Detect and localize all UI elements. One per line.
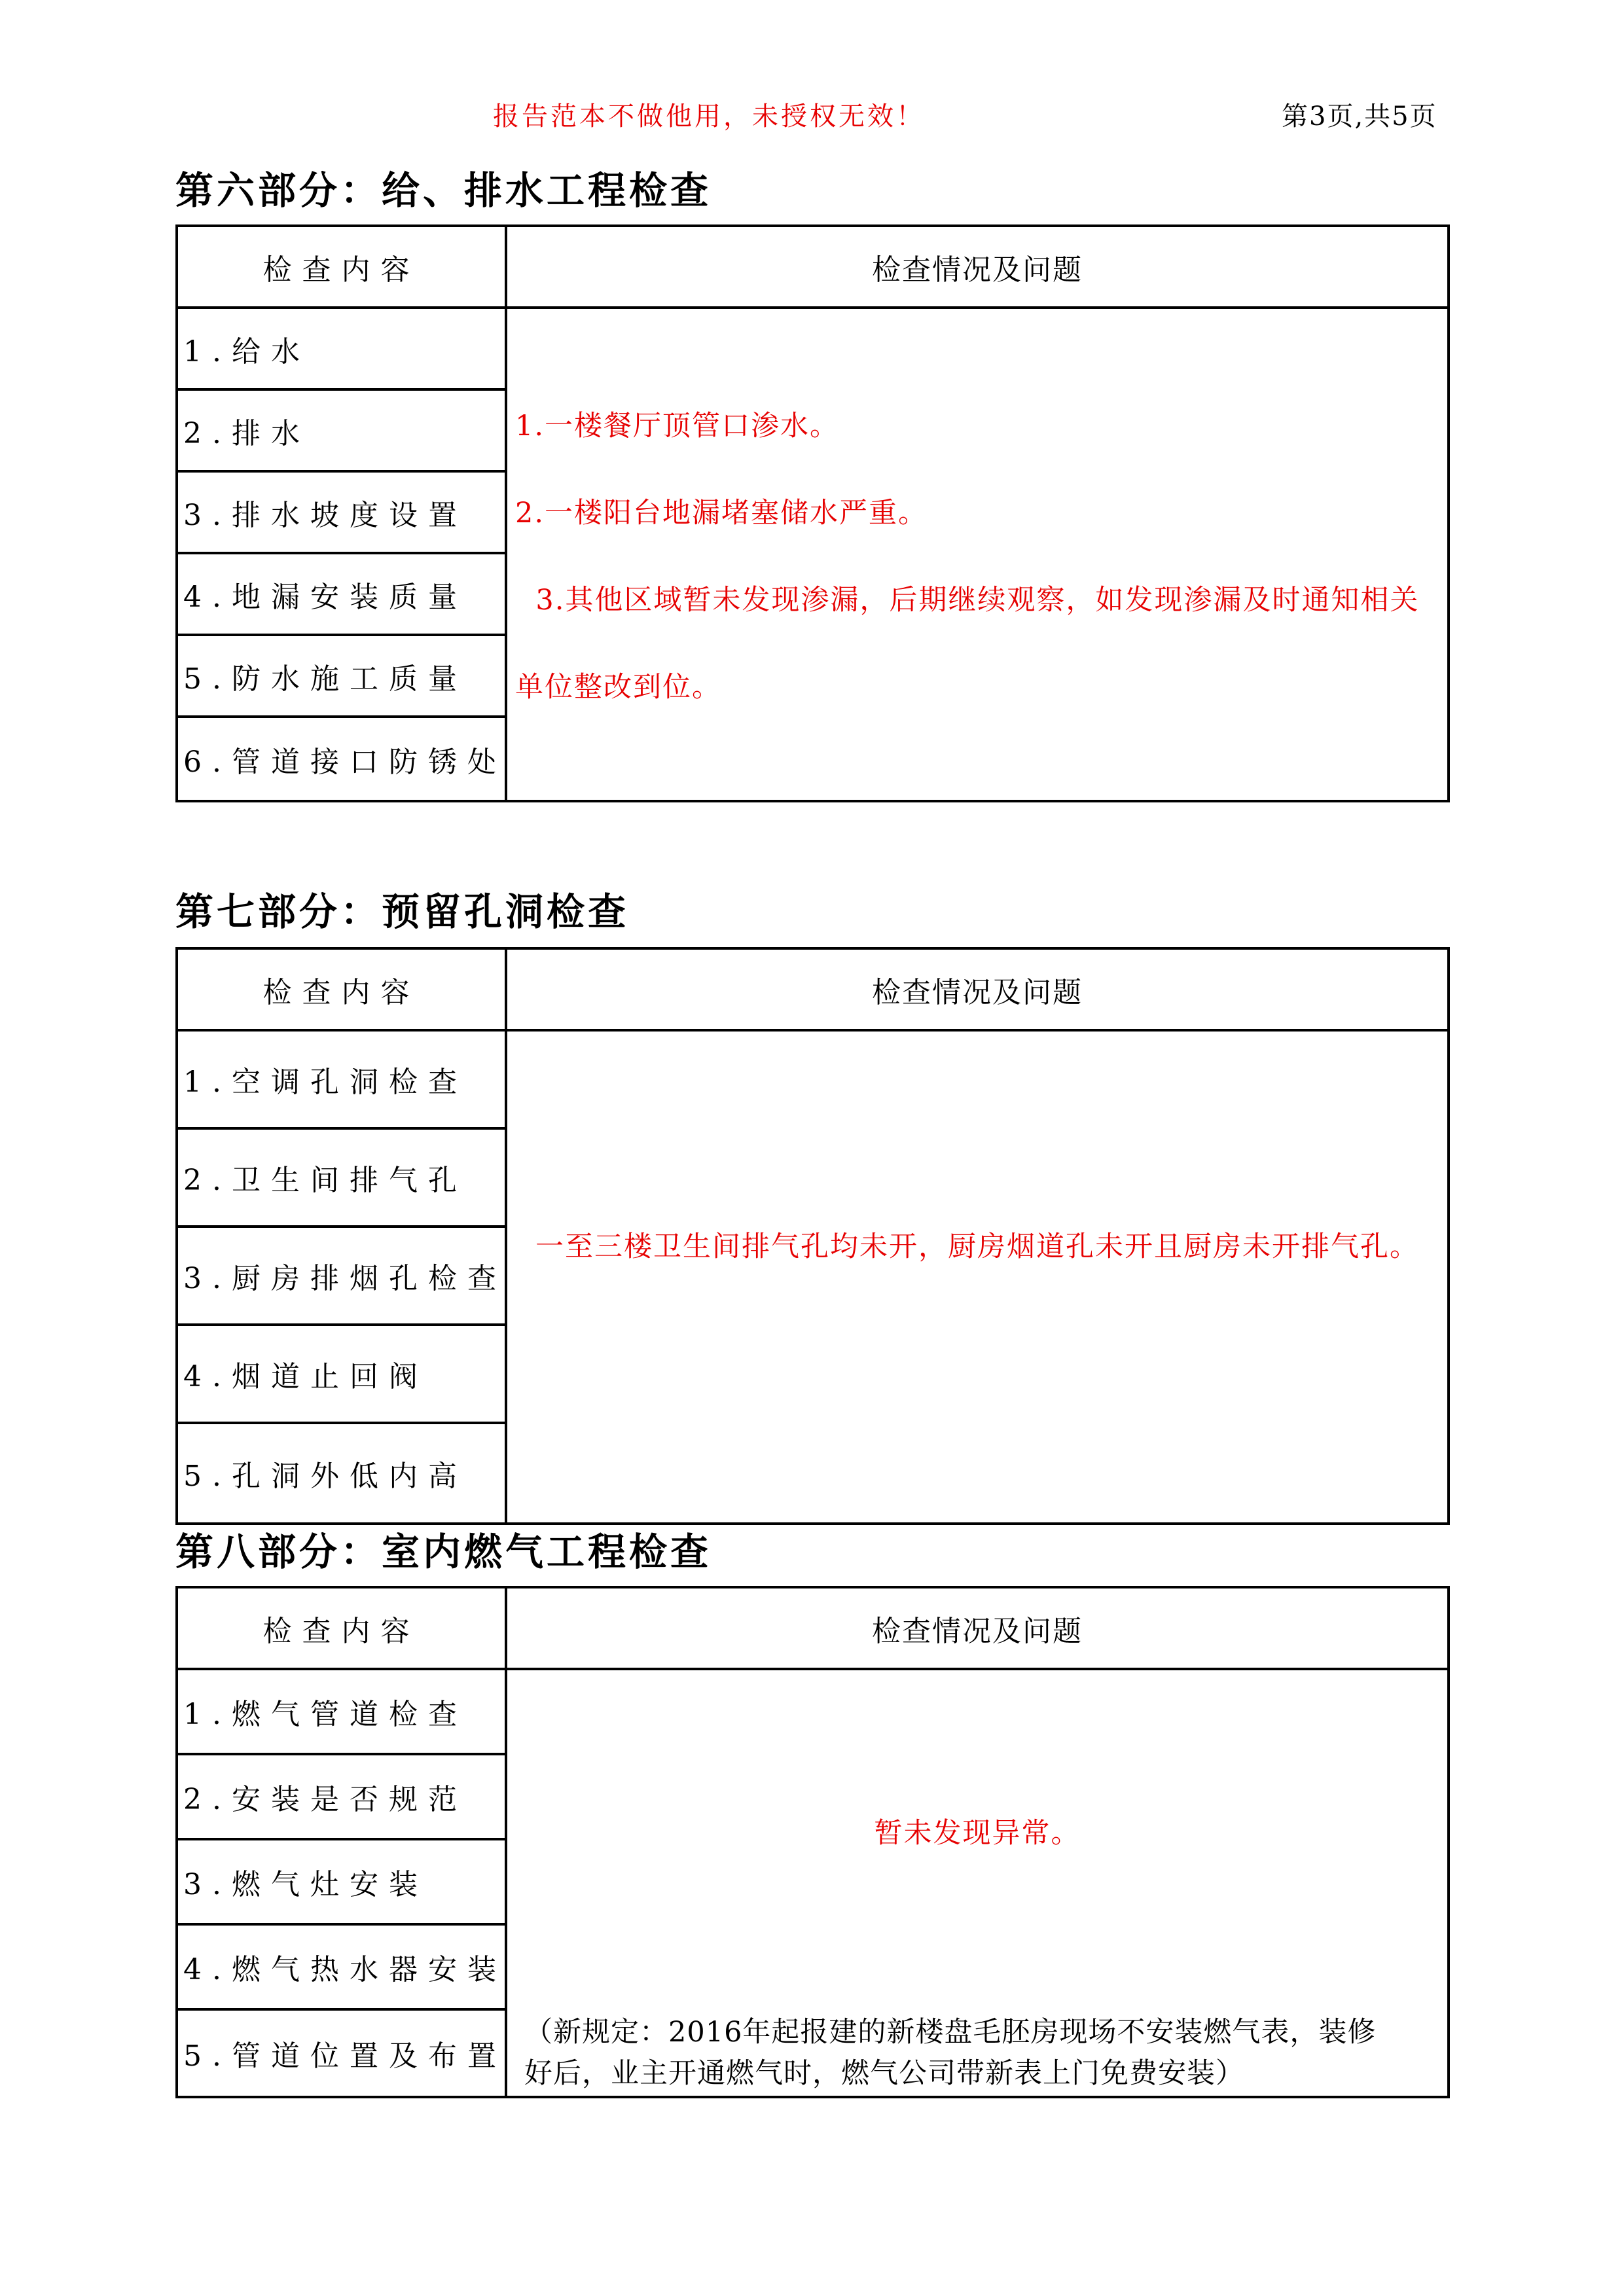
- finding-line: 单位整改到位。: [515, 641, 1447, 728]
- table-header-row: 检查内容 检查情况及问题: [178, 1588, 1447, 1670]
- inspection-item: 1.空调孔洞检查: [178, 1031, 505, 1130]
- inspection-item: 2.排水: [178, 391, 505, 473]
- findings-cell: 1.一楼餐厅顶管口渗水。 2.一楼阳台地漏堵塞储水严重。 3.其他区域暂未发现渗…: [507, 309, 1447, 800]
- column-header-inspection-content: 检查内容: [178, 1588, 507, 1668]
- gas-meter-regulation-note: （新规定：2016年起报建的新楼盘毛胚房现场不安装燃气表，装修好后，业主开通燃气…: [507, 2012, 1385, 2096]
- section-6-table: 检查内容 检查情况及问题 1.给水 2.排水 3.排水坡度设置 4.地漏安装质量…: [175, 224, 1450, 802]
- inspection-item: 3.厨房排烟孔检查: [178, 1228, 505, 1326]
- report-page: 报告范本不做他用，未授权无效！ 第3页,共5页 第六部分：给、排水工程检查 检查…: [0, 0, 1624, 2296]
- inspection-item: 5.管道位置及布置: [178, 2011, 505, 2096]
- finding-line: 2.一楼阳台地漏堵塞储水严重。: [515, 467, 1447, 554]
- inspection-item: 3.排水坡度设置: [178, 473, 505, 554]
- inspection-item: 4.烟道止回阀: [178, 1326, 505, 1424]
- inspection-item: 4.地漏安装质量: [178, 554, 505, 636]
- inspection-item: 1.燃气管道检查: [178, 1670, 505, 1755]
- finding-line: 暂未发现异常。: [507, 1811, 1447, 1851]
- inspection-item-column: 1.燃气管道检查 2.安装是否规范 3.燃气灶安装 4.燃气热水器安装 5.管道…: [178, 1670, 507, 2096]
- findings-cell: 一至三楼卫生间排气孔均未开，厨房烟道孔未开且厨房未开排气孔。: [507, 1031, 1447, 1522]
- column-header-findings: 检查情况及问题: [507, 1588, 1447, 1668]
- finding-line: 一至三楼卫生间排气孔均未开，厨房烟道孔未开且厨房未开排气孔。: [535, 1225, 1419, 1265]
- column-header-inspection-content: 检查内容: [178, 950, 507, 1029]
- finding-line: 3.其他区域暂未发现渗漏，后期继续观察，如发现渗漏及时通知相关: [515, 554, 1447, 641]
- findings-cell: 暂未发现异常。 （新规定：2016年起报建的新楼盘毛胚房现场不安装燃气表，装修好…: [507, 1670, 1447, 2096]
- inspection-item-column: 1.空调孔洞检查 2.卫生间排气孔 3.厨房排烟孔检查 4.烟道止回阀 5.孔洞…: [178, 1031, 507, 1522]
- inspection-item: 6.管道接口防锈处: [178, 718, 505, 800]
- column-header-findings: 检查情况及问题: [507, 950, 1447, 1029]
- inspection-item: 1.给水: [178, 309, 505, 391]
- report-notice: 报告范本不做他用，未授权无效！: [493, 96, 925, 133]
- section-8-title: 第八部分：室内燃气工程检查: [175, 1521, 712, 1576]
- section-6-title: 第六部分：给、排水工程检查: [175, 160, 712, 215]
- inspection-item-column: 1.给水 2.排水 3.排水坡度设置 4.地漏安装质量 5.防水施工质量 6.管…: [178, 309, 507, 800]
- finding-line: 1.一楼餐厅顶管口渗水。: [515, 380, 1447, 467]
- inspection-item: 3.燃气灶安装: [178, 1840, 505, 1926]
- page-number: 第3页,共5页: [1282, 96, 1437, 133]
- column-header-findings: 检查情况及问题: [507, 227, 1447, 306]
- table-header-row: 检查内容 检查情况及问题: [178, 950, 1447, 1031]
- inspection-item: 2.卫生间排气孔: [178, 1130, 505, 1228]
- section-7-table: 检查内容 检查情况及问题 1.空调孔洞检查 2.卫生间排气孔 3.厨房排烟孔检查…: [175, 947, 1450, 1525]
- inspection-item: 4.燃气热水器安装: [178, 1926, 505, 2011]
- inspection-item: 5.防水施工质量: [178, 636, 505, 718]
- inspection-item: 5.孔洞外低内高: [178, 1424, 505, 1522]
- section-7-title: 第七部分：预留孔洞检查: [175, 881, 629, 936]
- column-header-inspection-content: 检查内容: [178, 227, 507, 306]
- inspection-item: 2.安装是否规范: [178, 1755, 505, 1840]
- section-8-table: 检查内容 检查情况及问题 1.燃气管道检查 2.安装是否规范 3.燃气灶安装 4…: [175, 1586, 1450, 2098]
- table-header-row: 检查内容 检查情况及问题: [178, 227, 1447, 309]
